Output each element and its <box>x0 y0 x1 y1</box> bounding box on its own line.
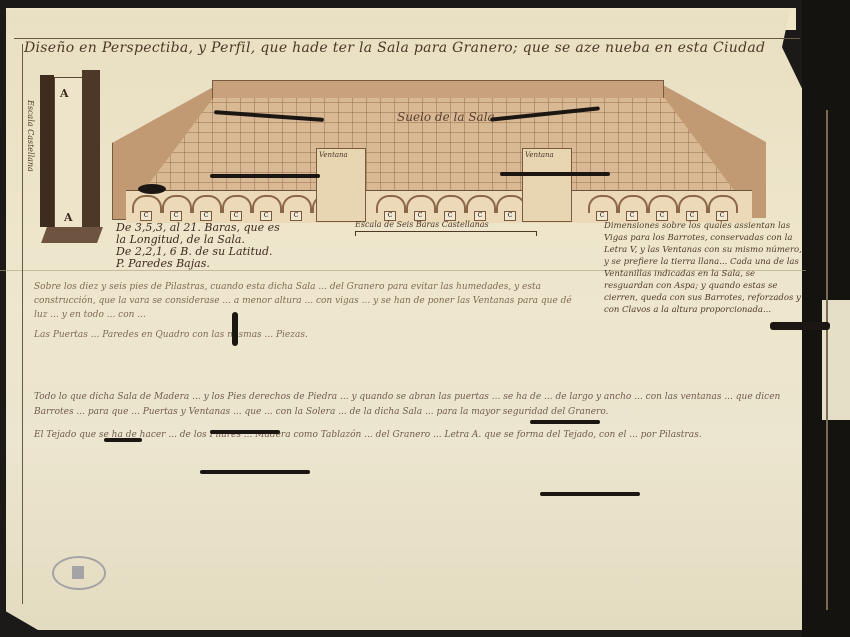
pillar-label-top: A <box>60 87 69 100</box>
pillar-drawing: A A <box>40 65 102 243</box>
scale-line <box>355 231 537 236</box>
floor-label: Suelo de la Sala <box>397 110 495 124</box>
ink-blot <box>138 184 166 194</box>
pillar-side <box>82 70 100 228</box>
body-paragraph-3: Todo lo que dicha Sala de Madera ... y l… <box>34 390 804 443</box>
pillar-shadow <box>40 75 54 227</box>
border-line-right <box>826 110 828 610</box>
pillar-base <box>41 227 103 243</box>
document-title: Diseño en Perspectiba, y Perfil, que had… <box>24 40 784 56</box>
scale-bar: Escala de Seis Baras Castellanas <box>355 220 537 236</box>
ink-stroke <box>232 312 238 346</box>
ink-stroke <box>530 420 600 424</box>
ink-stroke <box>104 438 142 442</box>
window-block-right: Ventana <box>522 148 572 222</box>
window-block-left: Ventana <box>316 148 366 222</box>
dimensions-caption: De 3,5,3, al 21. Baras, que es la Longit… <box>116 222 280 270</box>
scale-label: Escala de Seis Baras Castellanas <box>355 220 537 229</box>
ink-stroke <box>210 430 280 434</box>
ink-stroke <box>200 470 310 474</box>
ink-blot <box>770 322 830 330</box>
pillar-front <box>54 77 84 229</box>
granary-perspective-drawing: Suelo de la Sala CCCCCC CCCCC CCCCC Vent… <box>112 80 766 220</box>
arcade: CCCCCC CCCCC CCCCC <box>126 190 752 223</box>
ink-stroke <box>500 172 610 176</box>
archive-seal-stamp <box>52 556 106 590</box>
pillar-label-bottom: A <box>64 211 73 224</box>
body-paragraph-1: Sobre los diez y seis pies de Pilastras,… <box>34 280 574 342</box>
back-wall <box>212 80 664 100</box>
border-line-top <box>14 38 800 39</box>
ink-stroke <box>210 174 320 178</box>
border-line-left <box>22 44 23 604</box>
vertical-scale-label: Escala Castellana <box>26 100 35 172</box>
notes-caption: Dimensiones sobre los quales assientan l… <box>604 220 804 316</box>
ink-stroke <box>540 492 640 496</box>
